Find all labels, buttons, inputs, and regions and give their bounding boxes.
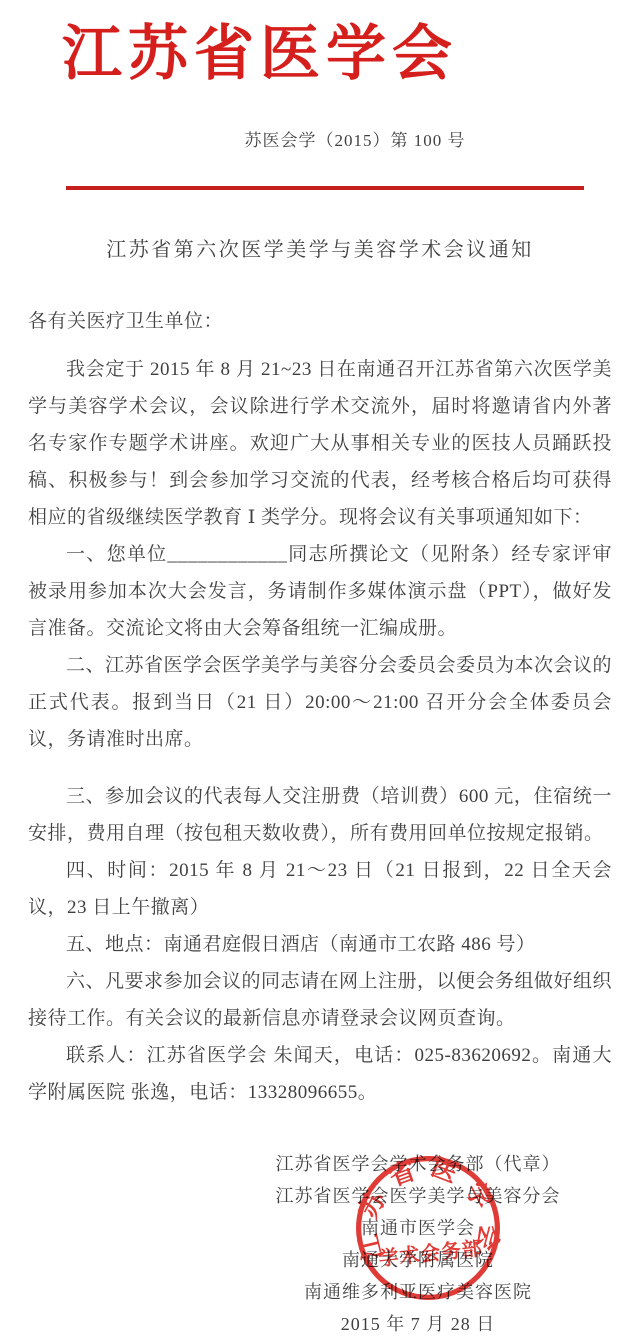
org-title: 江苏省医学会 (62, 6, 458, 92)
paragraph-item-5: 五、地点：南通君庭假日酒店（南通市工农路 486 号） (28, 926, 612, 963)
signature-line: 江苏省医学会学术会务部（代章） (268, 1148, 568, 1180)
paragraph-item-4: 四、时间：2015 年 8 月 21～23 日（21 日报到，22 日全天会议，… (28, 852, 612, 926)
letterhead-rule (66, 186, 584, 190)
signature-line: 江苏省医学会医学美学与美容分会 (268, 1180, 568, 1212)
paragraph-intro: 我会定于 2015 年 8 月 21~23 日在南通召开江苏省第六次医学美学与美… (28, 351, 612, 536)
signature-block: 江苏省医学会学术会务部（代章） 江苏省医学会医学美学与美容分会 南通市医学会 南… (268, 1148, 568, 1338)
paragraph-item-1: 一、您单位____________同志所撰论文（见附条）经专家评审被录用参加本次… (28, 536, 612, 647)
notice-title: 江苏省第六次医学美学与美容学术会议通知 (0, 233, 640, 262)
notice-body: 各有关医疗卫生单位： 我会定于 2015 年 8 月 21~23 日在南通召开江… (28, 303, 612, 1111)
paragraph-item-6: 六、凡要求参加会议的同志请在网上注册，以便会务组做好组织接待工作。有关会议的最新… (28, 963, 612, 1037)
paragraph-item-3: 三、参加会议的代表每人交注册费（培训费）600 元，住宿统一安排，费用自理（按包… (28, 778, 612, 852)
salutation: 各有关医疗卫生单位： (28, 303, 612, 340)
signature-line: 南通市医学会 (268, 1212, 568, 1244)
doc-number: 苏医会学（2015）第 100 号 (0, 126, 640, 151)
document-page: 江苏省医学会 苏医会学（2015）第 100 号 江苏省第六次医学美学与美容学术… (0, 0, 640, 1338)
paragraph-contacts: 联系人：江苏省医学会 朱闻天，电话：025-83620692。南通大学附属医院 … (28, 1037, 612, 1111)
signature-line: 南通维多利亚医疗美容医院 (268, 1276, 568, 1308)
paragraph-item-2: 二、江苏省医学会医学美学与美容分会委员会委员为本次会议的正式代表。报到当日（21… (28, 647, 612, 758)
date-line: 2015 年 7 月 28 日 (268, 1308, 568, 1338)
signature-line: 南通大学附属医院 (268, 1244, 568, 1276)
